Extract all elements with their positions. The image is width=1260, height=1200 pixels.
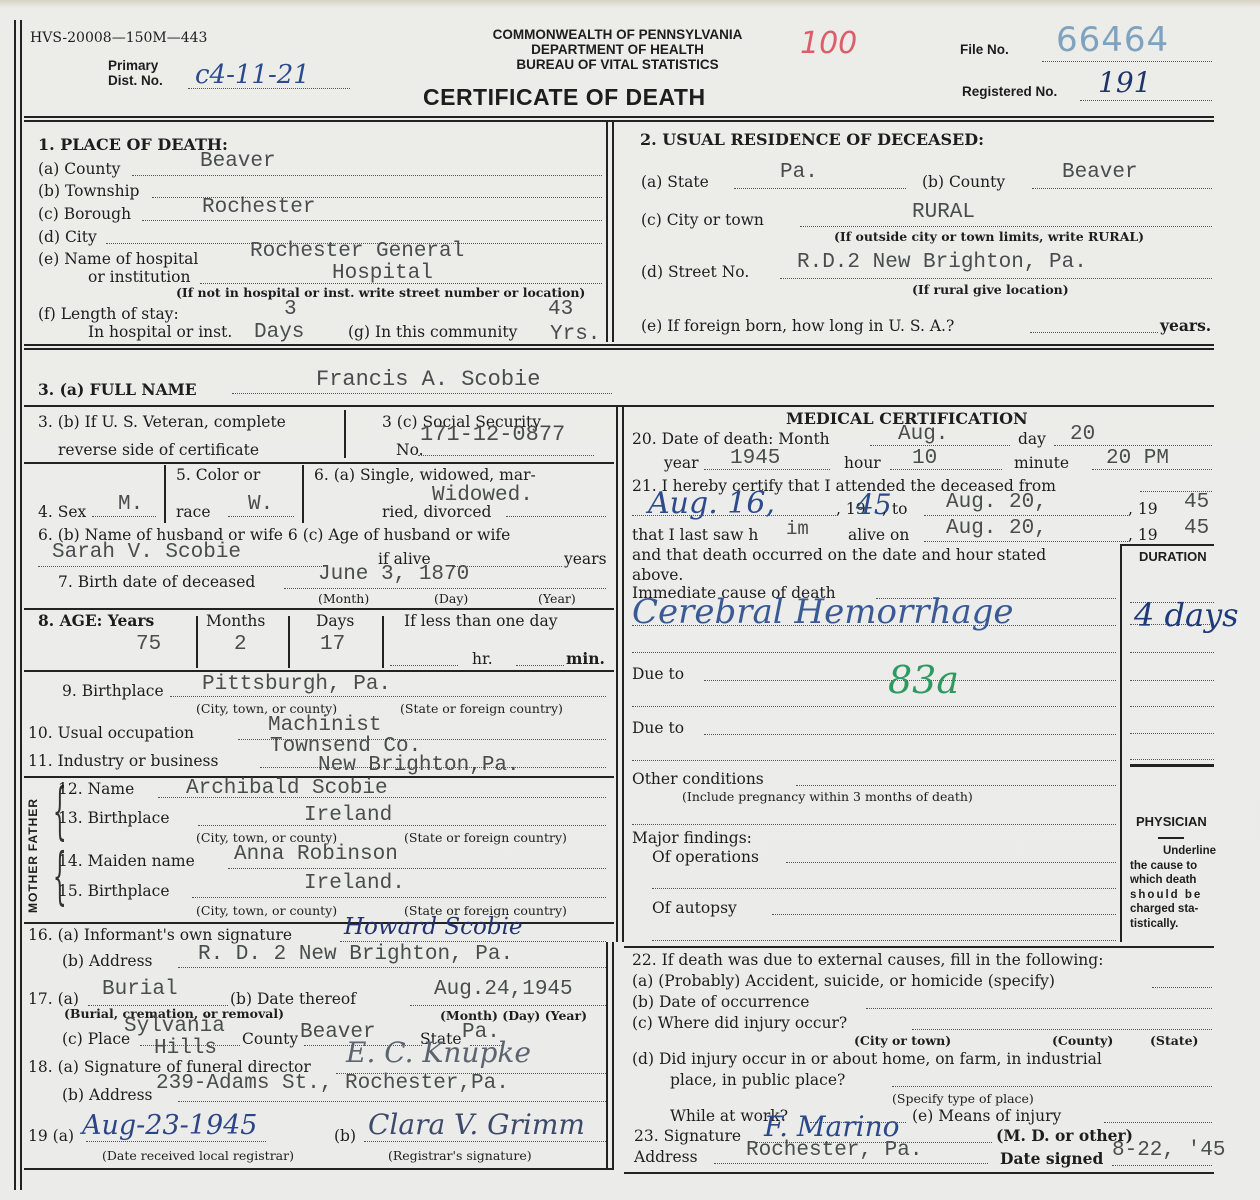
divider — [288, 616, 290, 668]
due-to-line-2 — [704, 734, 1116, 735]
birth-date-line — [284, 588, 606, 589]
to-label: , to — [882, 500, 907, 518]
father-birthplace-label: 13. Birthplace — [58, 809, 170, 827]
date-signed-label: Date signed — [1000, 1150, 1103, 1168]
registrar-signature-sub: (Registrar's signature) — [388, 1148, 532, 1163]
industry-value-2: New Brighton,Pa. — [318, 755, 520, 777]
autopsy-line-2 — [652, 940, 1116, 941]
col-divider — [612, 122, 614, 342]
death-hour: 10 — [912, 448, 937, 470]
due-to-line-2b — [632, 760, 1116, 761]
informant-signature-line — [340, 941, 606, 942]
duration-line — [1130, 733, 1214, 734]
state-label: (a) State — [641, 173, 709, 191]
burial-place-label: (c) Place — [62, 1030, 130, 1048]
burial-place-value-2: Hills — [154, 1038, 217, 1060]
borough-line — [142, 220, 602, 221]
race-label-2: race — [176, 503, 211, 521]
hr-label: hr. — [472, 650, 493, 668]
stay-value: 3 — [284, 299, 297, 321]
rule — [1130, 764, 1214, 767]
spouse-line — [38, 566, 324, 567]
death-day: 20 — [1070, 424, 1095, 446]
rule — [24, 670, 614, 672]
last-saw-line — [924, 541, 1128, 542]
age-months-label: Months — [206, 612, 265, 630]
cause-line — [632, 652, 1116, 653]
full-name-label: 3. (a) FULL NAME — [38, 381, 197, 399]
col-divider — [622, 407, 624, 942]
major-findings-label: Major findings: — [632, 829, 752, 847]
father-name-value: Archibald Scobie — [186, 778, 388, 800]
operations-line-2 — [652, 888, 1116, 889]
informant-address-label: (b) Address — [62, 952, 152, 970]
duration-divider — [1120, 544, 1122, 942]
registrar-signature: Clara V. Grimm — [368, 1108, 585, 1141]
death-hour-line — [890, 469, 1002, 470]
physician-address-line — [714, 1163, 988, 1164]
registered-no-value: 191 — [1098, 66, 1151, 99]
external-c-label: (c) Where did injury occur? — [632, 1014, 847, 1032]
death-month: Aug. — [898, 424, 948, 446]
divider — [302, 465, 304, 523]
last-saw-year: 45 — [1184, 518, 1209, 540]
header-rule — [24, 116, 1214, 122]
agency-block: COMMONWEALTH OF PENNSYLVANIA DEPARTMENT … — [440, 27, 795, 72]
registrar-date-line — [86, 1141, 266, 1142]
external-d-line — [892, 1086, 1212, 1087]
date-signed-value: 8-22, '45 — [1112, 1140, 1225, 1162]
spouse-age-unit: years — [564, 550, 607, 568]
birthplace-line — [170, 696, 606, 697]
operations-line — [786, 862, 1116, 863]
birthplace-value: Pittsburgh, Pa. — [202, 674, 391, 696]
external-d-sub: (Specify type of place) — [892, 1091, 1034, 1106]
funeral-address-value: 239-Adams St., Rochester,Pa. — [156, 1073, 509, 1095]
day-label: day — [1018, 430, 1046, 448]
birth-date-sub: (Month) — [318, 591, 369, 606]
father-birthplace-value: Ireland — [304, 805, 392, 827]
physician-note: Underline the cause to which death shoul… — [1130, 844, 1216, 931]
burial-date-value: Aug.24,1945 — [434, 979, 573, 1001]
race-line — [228, 516, 294, 517]
hospital-value-1: Rochester General — [250, 241, 464, 263]
margin-rule — [14, 20, 16, 1190]
age-less-label: If less than one day — [404, 612, 557, 630]
registered-no-line — [1080, 100, 1212, 101]
sex-line — [92, 516, 156, 517]
state-line — [734, 188, 906, 189]
race-value: W. — [248, 494, 273, 516]
hour-label: hour — [844, 454, 881, 472]
external-d-label-2: place, in public place? — [670, 1071, 845, 1089]
external-b-line — [866, 1008, 1212, 1009]
divider — [164, 465, 166, 523]
mother-birthplace-value: Ireland. — [304, 873, 405, 895]
last-saw-date: Aug. 20, — [946, 518, 1047, 540]
year-label: year — [664, 454, 699, 472]
age-days-label: Days — [316, 612, 354, 630]
marital-value: Widowed. — [432, 485, 533, 507]
margin-rule — [20, 20, 22, 1190]
col-divider — [606, 122, 608, 342]
registrar-date-sub: (Date received local registrar) — [102, 1148, 294, 1163]
attend-to: Aug. 20, — [946, 492, 1047, 514]
birth-date-value: June 3, 1870 — [318, 564, 469, 586]
stay-label: (f) Length of stay: — [38, 305, 179, 323]
mother-name-line — [228, 868, 606, 869]
county-line — [132, 175, 602, 176]
death-date-label: 20. Date of death: Month — [632, 430, 830, 448]
autopsy-line — [772, 914, 1116, 915]
informant-signature-label: 16. (a) Informant's own signature — [28, 926, 292, 944]
city-label: (d) City — [38, 228, 97, 246]
rule — [24, 922, 614, 924]
external-d-label: (d) Did injury occur in or about home, o… — [632, 1050, 1102, 1068]
other-conditions-line — [796, 785, 1116, 786]
duration-value: 4 days — [1134, 596, 1239, 634]
county-label: (a) County — [38, 160, 120, 178]
veteran-label: 3. (b) If U. S. Veteran, complete — [38, 413, 286, 431]
immediate-cause-value: Cerebral Hemorrhage — [632, 592, 1014, 632]
due-to-label-1: Due to — [632, 665, 684, 683]
last-saw-label: that I last saw h — [632, 526, 758, 544]
rule — [24, 1168, 614, 1170]
physician-address-label: Address — [634, 1148, 698, 1166]
mother-birthplace-sub: (City, town, or county) — [196, 903, 337, 918]
external-heading: 22. If death was due to external causes,… — [632, 951, 1103, 969]
rule — [24, 462, 614, 464]
birthplace-label: 9. Birthplace — [62, 682, 164, 700]
divider — [196, 616, 198, 668]
last-saw-year-label: , 19 — [1128, 526, 1158, 544]
physician-address-value: Rochester, Pa. — [746, 1140, 922, 1162]
attend-to-year-label: , 19 — [1128, 500, 1158, 518]
marital-line — [506, 516, 606, 517]
borough-label: (c) Borough — [38, 205, 131, 223]
county-value: Beaver — [200, 151, 276, 173]
file-no-line — [1042, 61, 1212, 62]
hospital-value-2: Hospital — [332, 263, 433, 285]
informant-signature: Howard Scobie — [344, 914, 523, 940]
alive-on-label: alive on — [848, 526, 909, 544]
burial-place-value-1: Sylvania — [124, 1016, 225, 1038]
stay-label-2: In hospital or inst. — [88, 323, 232, 341]
minute-label: minute — [1014, 454, 1069, 472]
duration-line — [1130, 652, 1214, 653]
external-c-line — [912, 1029, 1212, 1030]
primary-dist-value: c4-11-21 — [195, 60, 310, 90]
street-label: (d) Street No. — [641, 263, 749, 281]
burial-date-label: (b) Date thereof — [230, 990, 356, 1008]
veteran-label-2: reverse side of certificate — [58, 441, 259, 459]
other-conditions-line-2 — [632, 824, 1116, 825]
funeral-address-label: (b) Address — [62, 1086, 152, 1104]
community-unit: Yrs. — [550, 324, 600, 346]
hospital-label-2: or institution — [88, 268, 190, 286]
last-saw-pronoun: im — [786, 518, 809, 540]
attend-from: Aug. 16, — [648, 486, 775, 521]
birthplace-sub: (State or foreign country) — [400, 701, 563, 716]
borough-value: Rochester — [202, 197, 315, 219]
father-tag: FATHER — [26, 798, 40, 851]
date-signed-line — [1112, 1165, 1212, 1166]
operations-label: Of operations — [652, 848, 759, 866]
res-city-line — [800, 226, 1212, 227]
disposition-value: Burial — [102, 979, 178, 1001]
res-city-value: RURAL — [912, 202, 975, 224]
mother-name-value: Anna Robinson — [234, 844, 398, 866]
street-line — [780, 278, 1212, 279]
birth-date-sub: (Day) — [434, 591, 468, 606]
section-rule — [24, 344, 1214, 350]
duration-line — [1130, 759, 1214, 760]
other-conditions-label: Other conditions — [632, 770, 764, 788]
registrar-signature-line — [364, 1141, 606, 1142]
birth-date-label: 7. Birth date of deceased — [58, 573, 255, 591]
burial-date-line — [410, 1005, 606, 1006]
primary-dist-label: Primary Dist. No. — [108, 58, 163, 88]
col-divider — [612, 942, 614, 1168]
external-c-sub: (State) — [1150, 1033, 1198, 1048]
age-years: 75 — [136, 634, 161, 656]
green-code: 83a — [888, 658, 959, 702]
death-certificate: HVS-20008—150M—443 Primary Dist. No. c4-… — [0, 0, 1260, 1200]
age-months: 2 — [234, 634, 247, 656]
external-a-label: (a) (Probably) Accident, suicide, or hom… — [632, 972, 1055, 990]
external-c-sub: (County) — [1052, 1033, 1113, 1048]
file-no-label: File No. — [960, 42, 1009, 57]
foreign-unit: years. — [1160, 317, 1211, 335]
occurred-label: and that death occurred on the date and … — [632, 546, 1046, 564]
registrar-date-value: Aug-23-1945 — [82, 1110, 258, 1141]
community-label: (g) In this community — [348, 323, 517, 341]
rule — [1158, 837, 1184, 839]
street-value: R.D.2 New Brighton, Pa. — [797, 252, 1087, 274]
ssn-value: 171-12-0877 — [420, 424, 565, 446]
rule — [1120, 544, 1214, 546]
occurred-label-2: above. — [632, 566, 683, 584]
father-name-label: 12. Name — [58, 780, 134, 798]
rule — [624, 1172, 1214, 1174]
min-label: min. — [566, 650, 605, 668]
res-city-note: (If outside city or town limits, write R… — [834, 229, 1144, 244]
file-no-value: 66464 — [1056, 20, 1169, 60]
min-line — [516, 665, 564, 666]
registrar-signature-label: (b) — [334, 1127, 356, 1145]
mother-name-label: 14. Maiden name — [58, 852, 195, 870]
father-birthplace-sub: (State or foreign country) — [404, 830, 567, 845]
foreign-line — [1030, 332, 1158, 333]
hospital-label: (e) Name of hospital — [38, 250, 198, 268]
spouse-value: Sarah V. Scobie — [52, 542, 241, 564]
age-days: 17 — [320, 634, 345, 656]
residence-heading: 2. USUAL RESIDENCE OF DECEASED: — [640, 131, 984, 149]
due-to-label-2: Due to — [632, 719, 684, 737]
external-a-line — [1152, 987, 1212, 988]
stay-unit: Days — [254, 322, 304, 344]
funeral-director-signature: E. C. Knupke — [346, 1036, 531, 1069]
hospital-note: (If not in hospital or inst. write stree… — [176, 285, 585, 300]
divider — [382, 616, 384, 668]
full-name-line — [232, 393, 612, 394]
age-label: 8. AGE: Years — [38, 612, 154, 630]
mother-birthplace-label: 15. Birthplace — [58, 882, 170, 900]
rule — [24, 405, 1214, 407]
divider — [344, 410, 346, 458]
street-note: (If rural give location) — [912, 282, 1069, 297]
race-label: 5. Color or — [176, 466, 260, 484]
external-b-label: (b) Date of occurrence — [632, 993, 809, 1011]
funeral-address-line — [178, 1101, 606, 1102]
sex-value: M. — [118, 494, 143, 516]
occupation-label: 10. Usual occupation — [28, 724, 194, 742]
signature-label: 23. Signature — [634, 1127, 741, 1145]
autopsy-label: Of autopsy — [652, 899, 737, 917]
rule — [24, 608, 614, 610]
full-name-value: Francis A. Scobie — [316, 369, 540, 391]
burial-county-label: County — [242, 1030, 298, 1048]
external-c-sub: (City or town) — [854, 1033, 951, 1048]
community-value: 43 — [548, 299, 573, 321]
attend-to-year: 45 — [1184, 492, 1209, 514]
occupation-value: Machinist — [268, 715, 381, 737]
physician-heading: PHYSICIAN — [1136, 814, 1207, 829]
death-minute: 20 PM — [1106, 448, 1169, 470]
attend-to-line — [924, 515, 1128, 516]
red-annotation: 100 — [800, 26, 857, 61]
col-divider — [606, 942, 608, 1168]
mother-birthplace-line — [192, 897, 606, 898]
registered-no-label: Registered No. — [962, 84, 1057, 99]
means-of-injury-line — [1104, 1122, 1212, 1123]
page-title: CERTIFICATE OF DEATH — [423, 84, 706, 111]
res-county-line — [1032, 188, 1212, 189]
ssn-line — [418, 455, 594, 456]
mother-tag: MOTHER — [26, 855, 40, 913]
col-divider — [616, 407, 618, 942]
birth-date-sub: (Year) — [538, 591, 576, 606]
foreign-label: (e) If foreign born, how long in U. S. A… — [641, 317, 954, 335]
duration-line — [1130, 680, 1214, 681]
registrar-date-label: 19 (a) — [28, 1127, 74, 1145]
res-city-label: (c) City or town — [641, 211, 764, 229]
informant-address-line — [178, 967, 606, 968]
hr-line — [390, 665, 458, 666]
means-of-injury-label: (e) Means of injury — [912, 1107, 1061, 1125]
sex-label: 4. Sex — [38, 503, 86, 521]
state-value: Pa. — [780, 162, 818, 184]
res-county-value: Beaver — [1062, 162, 1138, 184]
township-label: (b) Township — [38, 182, 139, 200]
rule — [624, 946, 1214, 948]
industry-label: 11. Industry or business — [28, 752, 218, 770]
father-birthplace-line — [198, 825, 606, 826]
other-conditions-note: (Include pregnancy within 3 months of de… — [682, 789, 973, 804]
duration-heading: DURATION — [1139, 549, 1207, 564]
death-year: 1945 — [730, 448, 780, 470]
res-county-label: (b) County — [922, 173, 1005, 191]
marital-label: 6. (a) Single, widowed, mar- — [314, 466, 536, 484]
due-to-line-1b — [632, 706, 1116, 707]
informant-address-value: R. D. 2 New Brighton, Pa. — [198, 944, 513, 966]
form-code: HVS-20008—150M—443 — [30, 30, 207, 46]
duration-line — [1130, 706, 1214, 707]
